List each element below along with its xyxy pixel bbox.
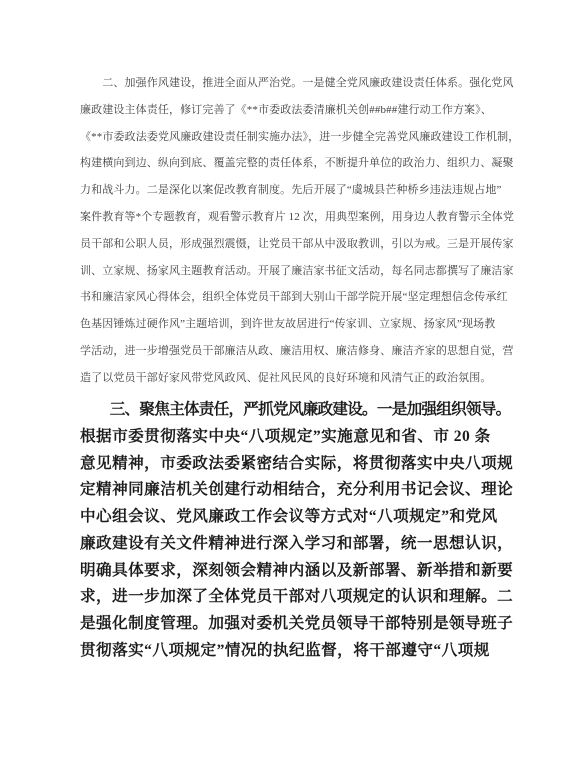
document-page: 二、加强作风建设，推进全面从严治党。一是健全党风廉政建设责任体系。强化党风 廉政… [0,0,586,759]
paragraph-section-3-main-responsibility: 三、聚焦主体责任，严抓党风廉政建设。一是加强组织领导。 根据市委贯彻落实中央“八… [80,397,510,665]
paragraph-section-2-work-style: 二、加强作风建设，推进全面从严治党。一是健全党风廉政建设责任体系。强化党风 廉政… [80,70,519,392]
